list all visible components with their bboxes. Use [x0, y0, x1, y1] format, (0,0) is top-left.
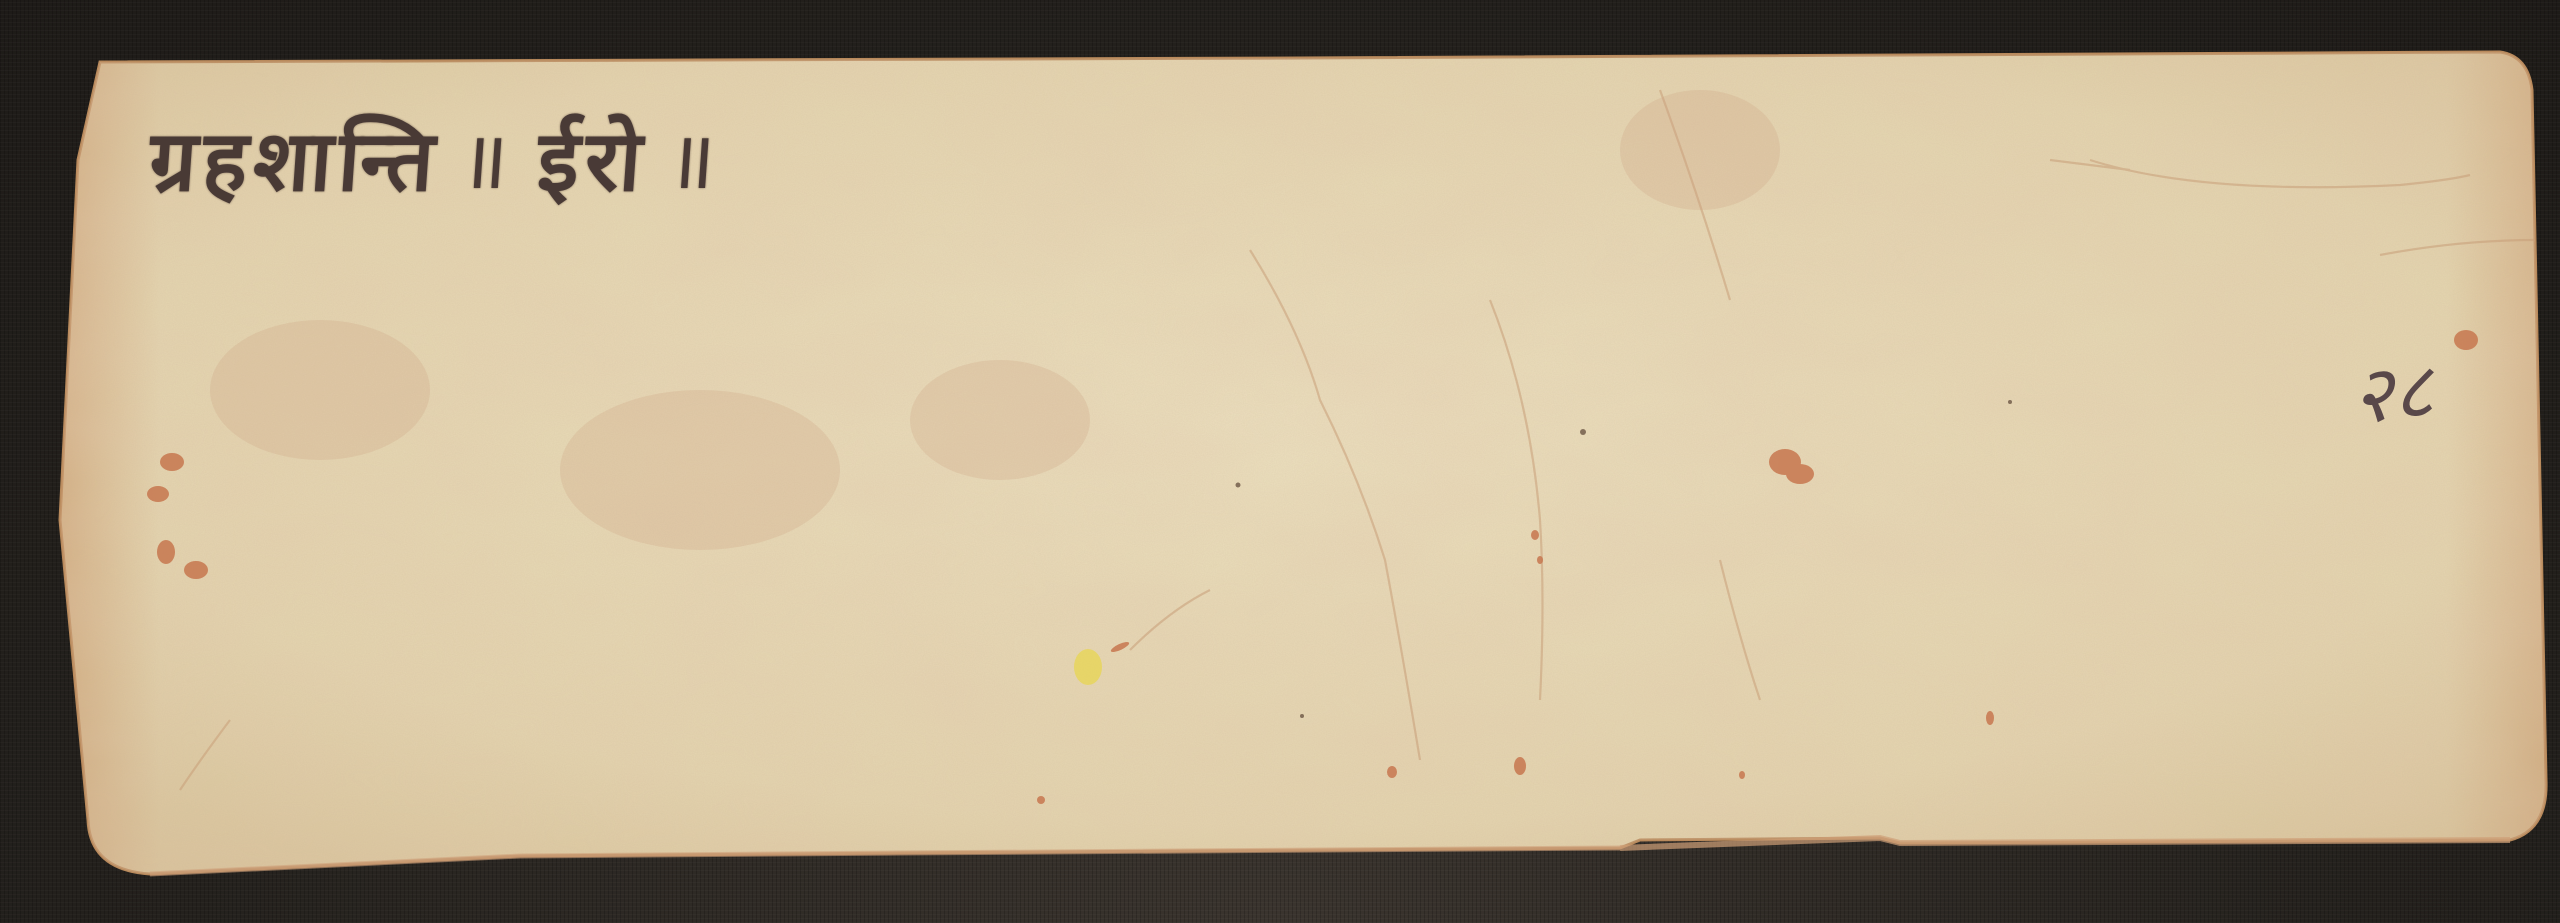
- double-danda-punctuation-end: ॥: [664, 103, 730, 212]
- manuscript-folio: ग्रहशान्ति ॥ ईरो ॥ २८: [0, 0, 2560, 923]
- folio-title: ग्रहशान्ति ॥ ईरो ॥: [145, 92, 740, 222]
- folio-number: २८: [2349, 352, 2435, 435]
- double-danda-punctuation: ॥: [457, 103, 523, 212]
- title-word-1: ग्रहशान्ति: [146, 100, 444, 215]
- title-word-2: ईरो: [534, 100, 651, 215]
- yellow-pigment-spot: [1074, 649, 1102, 685]
